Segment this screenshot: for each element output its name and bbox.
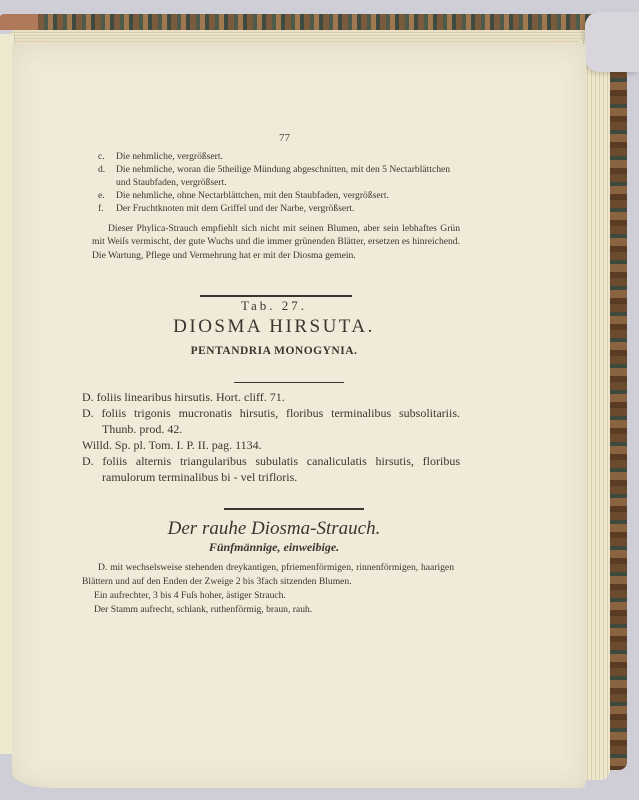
section-divider [200, 295, 352, 297]
plate-label: Tab. 27. [94, 298, 454, 314]
title-divider [234, 382, 344, 383]
synonym-entry: Willd. Sp. pl. Tom. I. P. II. pag. 1134. [82, 437, 460, 453]
page-number: 77 [279, 132, 290, 144]
book-clamp [585, 12, 639, 72]
book-page: 77 c.Die nehmliche, vergrößsert. d.Die n… [12, 44, 586, 788]
book-cover-corner [0, 14, 38, 30]
species-title: DIOSMA HIRSUTA. [94, 316, 454, 338]
description-paragraph: Der Stamm aufrecht, schlank, ruthenförmi… [82, 603, 454, 617]
book-cover-right-edge [609, 70, 627, 770]
linnaean-class: PENTANDRIA MONOGYNIA. [94, 345, 454, 357]
german-class: Fünfmännige, einweibige. [94, 540, 454, 555]
caption-item: f.Der Fruchtknoten mit dem Griffel und d… [94, 202, 456, 215]
synonym-entry: D. foliis linearibus hirsutis. Hort. cli… [82, 389, 460, 405]
german-common-name: Der rauhe Diosma-Strauch. [94, 518, 454, 540]
description-paragraph: D. mit wechselsweise stehenden dreykanti… [82, 561, 454, 589]
synonym-entry: D. foliis alternis triangularibus subula… [82, 453, 460, 485]
figure-captions: c.Die nehmliche, vergrößsert. d.Die nehm… [94, 150, 456, 215]
book-cover-top-edge [0, 14, 605, 30]
synonym-entry: D. foliis trigonis mucronatis hirsutis, … [82, 405, 460, 437]
synonym-list: D. foliis linearibus hirsutis. Hort. cli… [82, 389, 460, 485]
care-note-paragraph: Dieser Phylica-Strauch empfiehlt sich ni… [92, 222, 460, 262]
description-paragraph: Ein aufrechter, 3 bis 4 Fuſs hoher, ästi… [82, 589, 454, 603]
caption-item: e.Die nehmliche, ohne Nectarblättchen, m… [94, 189, 456, 202]
caption-item: c.Die nehmliche, vergrößsert. [94, 150, 456, 163]
german-section-divider [224, 508, 364, 510]
german-description: D. mit wechselsweise stehenden dreykanti… [82, 561, 454, 617]
caption-item: d.Die nehmliche, woran die 5theilige Mün… [94, 163, 456, 189]
